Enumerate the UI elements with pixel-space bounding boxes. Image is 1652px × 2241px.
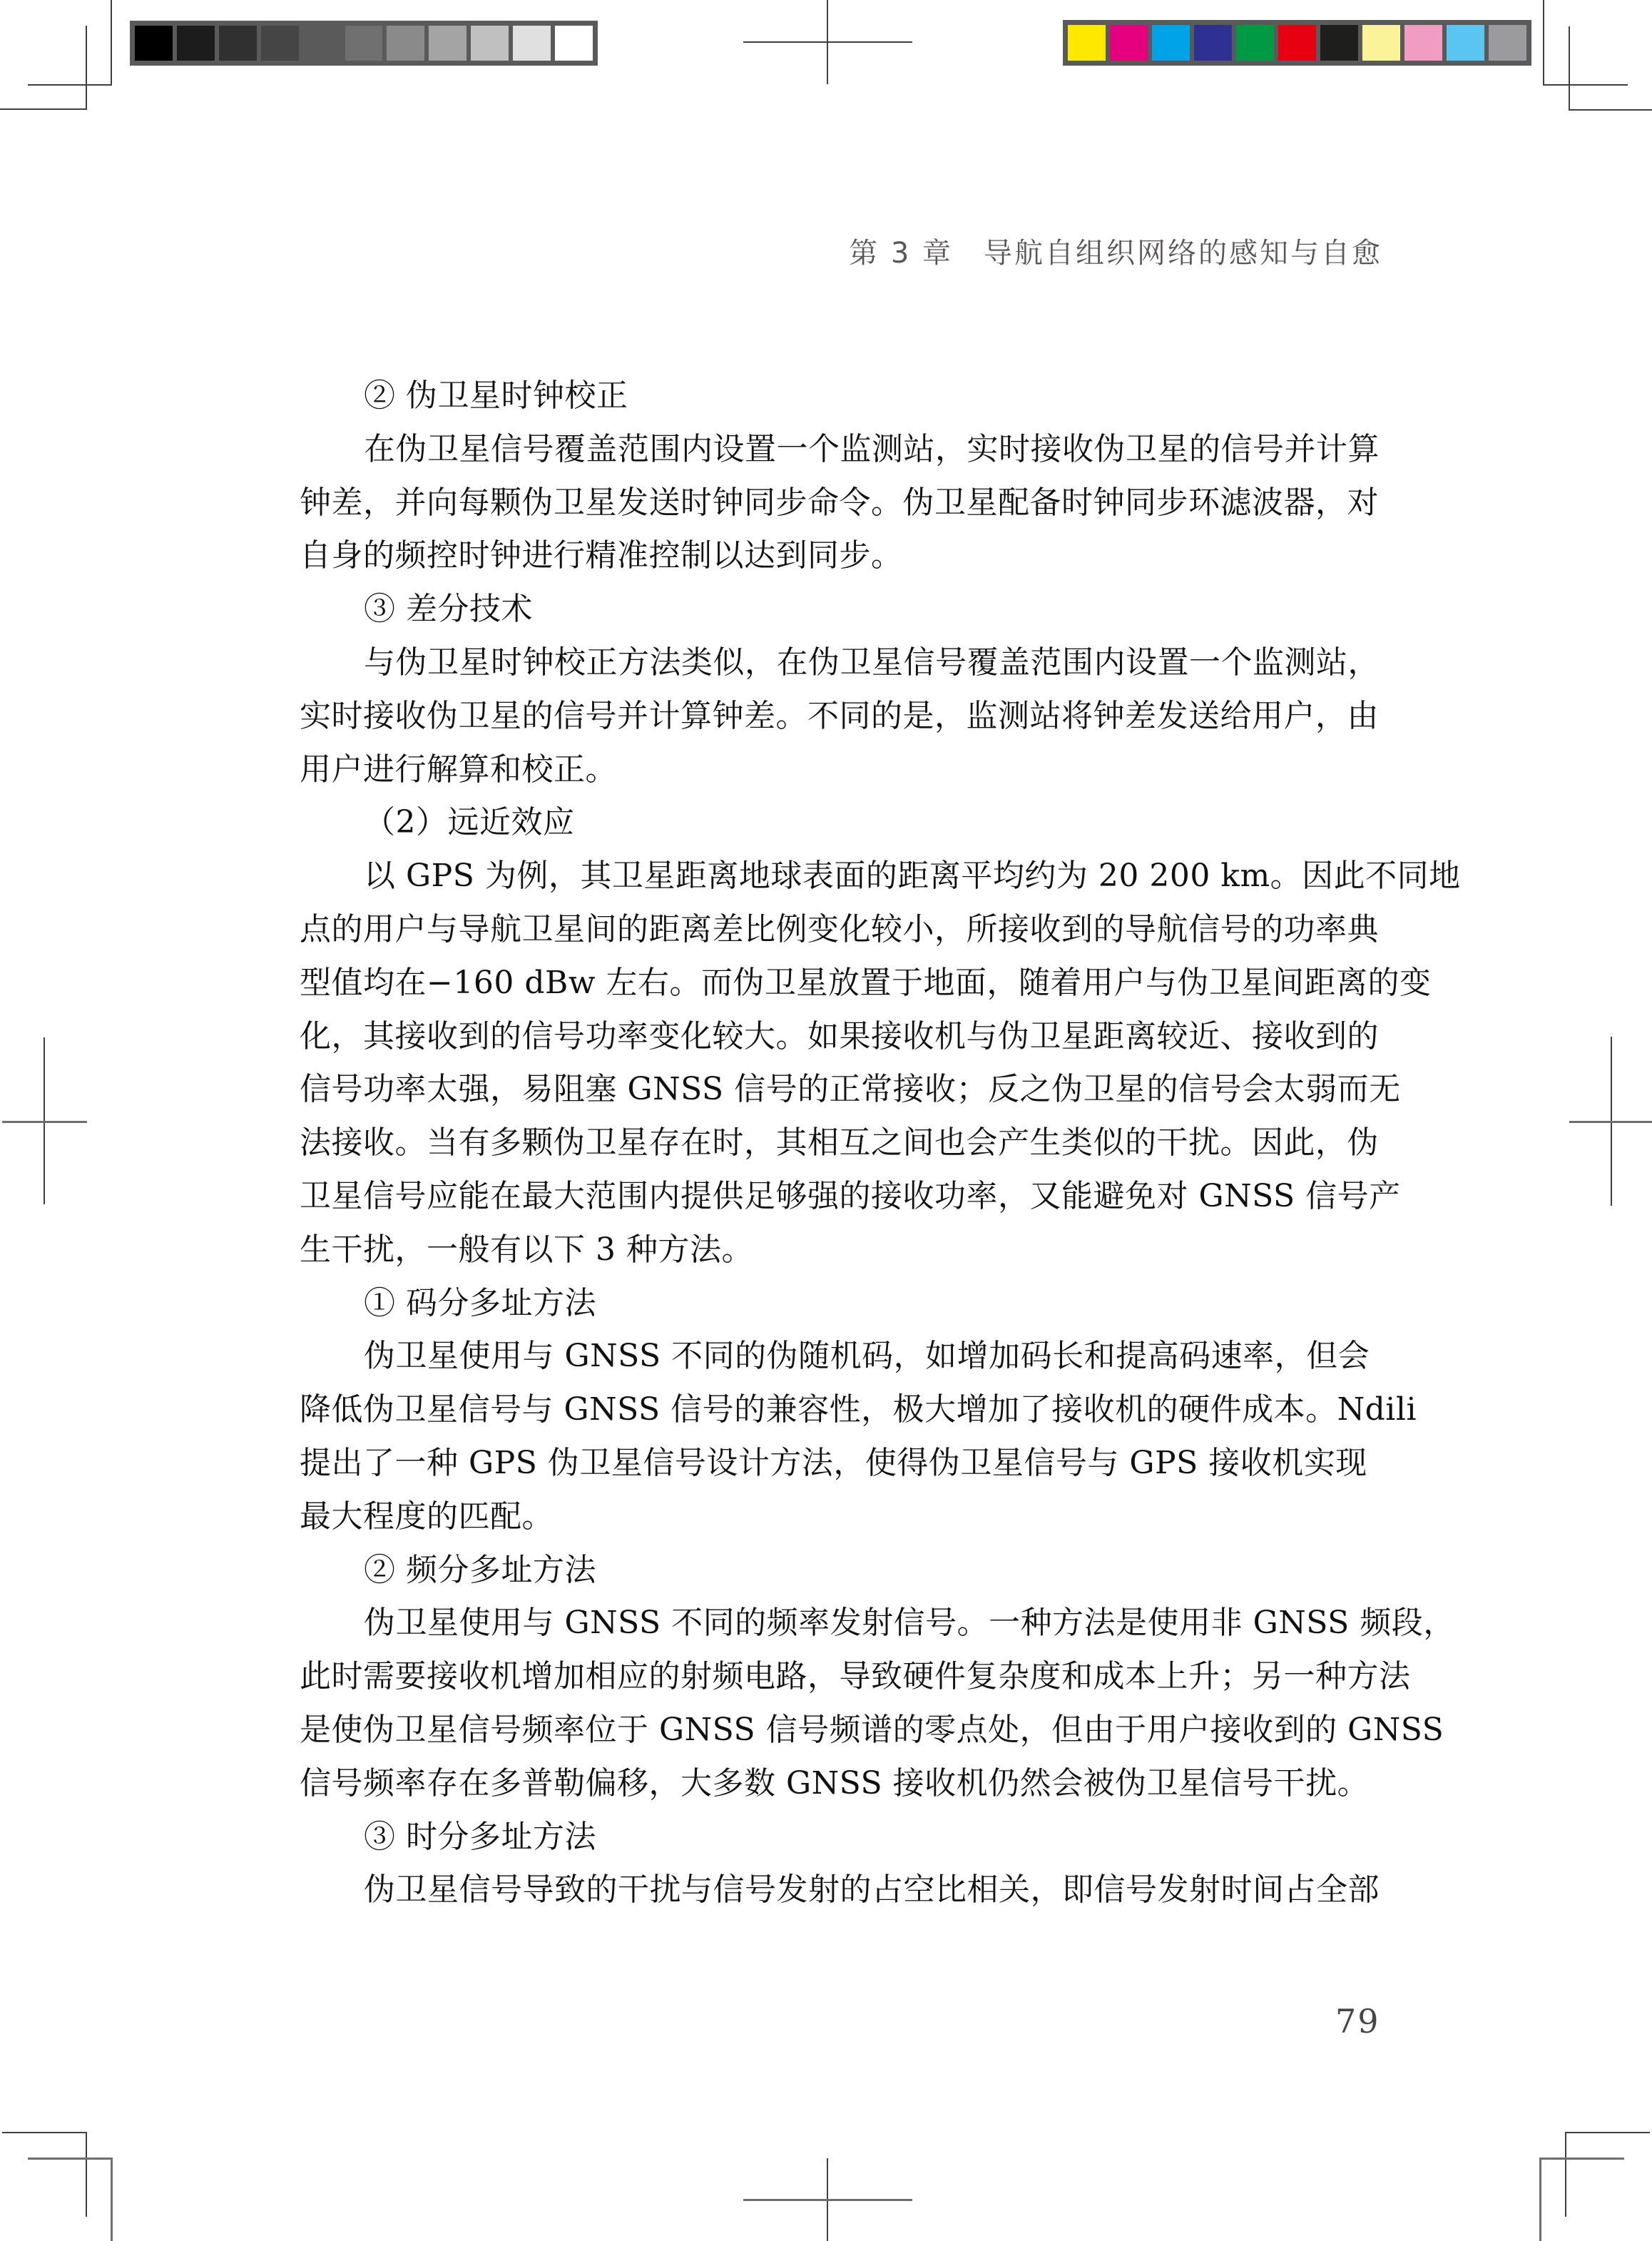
color-swatch <box>219 26 257 61</box>
color-swatch <box>177 26 215 61</box>
color-swatch <box>345 26 383 61</box>
crop-mark-bottom-right-v2 <box>1539 2158 1541 2241</box>
color-swatch <box>513 26 551 61</box>
text-line: 在伪卫星信号覆盖范围内设置一个监测站，实时接收伪卫星的信号并计算 <box>300 423 1398 477</box>
crop-mark-top-right-h1 <box>1543 84 1628 86</box>
text-line: 自身的频控时钟进行精准控制以达到同步。 <box>300 529 1398 583</box>
color-swatch <box>1362 25 1400 61</box>
registration-mark-bottom-h <box>743 2199 912 2201</box>
color-swatch <box>555 26 593 61</box>
text-line: 以 GPS 为例，其卫星距离地球表面的距离平均约为 20 200 km。因此不同… <box>300 850 1398 903</box>
text-line: ② 伪卫星时钟校正 <box>300 370 1398 423</box>
text-line: 信号频率存在多普勒偏移，大多数 GNSS 接收机仍然会被伪卫星信号干扰。 <box>300 1757 1398 1811</box>
color-swatch <box>1278 25 1316 61</box>
grayscale-calibration-bar <box>130 21 598 66</box>
crop-mark-bottom-right-h2 <box>1540 2158 1624 2160</box>
crop-mark-top-right-v2 <box>1569 26 1570 111</box>
text-line: ① 码分多址方法 <box>300 1277 1398 1331</box>
color-swatch <box>261 26 299 61</box>
text-line: 降低伪卫星信号与 GNSS 信号的兼容性，极大增加了接收机的硬件成本。Ndili <box>300 1383 1398 1437</box>
text-line: ③ 时分多址方法 <box>300 1811 1398 1864</box>
text-line: 点的用户与导航卫星间的距离差比例变化较小，所接收到的导航信号的功率典 <box>300 903 1398 957</box>
text-line: 信号功率太强，易阻塞 GNSS 信号的正常接收；反之伪卫星的信号会太弱而无 <box>300 1063 1398 1117</box>
crop-mark-bottom-right-h1 <box>1566 2132 1650 2133</box>
text-line: 用户进行解算和校正。 <box>300 743 1398 797</box>
text-line: 提出了一种 GPS 伪卫星信号设计方法，使得伪卫星信号与 GPS 接收机实现 <box>300 1437 1398 1490</box>
text-line: 生干扰，一般有以下 3 种方法。 <box>300 1224 1398 1277</box>
crop-mark-bottom-left-v2 <box>111 2158 113 2241</box>
text-line: 此时需要接收机增加相应的射频电路，导致硬件复杂度和成本上升；另一种方法 <box>300 1650 1398 1704</box>
color-swatch <box>1236 25 1274 61</box>
color-swatch <box>1320 25 1358 61</box>
color-swatch <box>471 26 509 61</box>
text-line: 最大程度的匹配。 <box>300 1490 1398 1544</box>
crop-mark-top-left-v1 <box>111 0 112 86</box>
page-number: 79 <box>1335 2002 1380 2041</box>
text-line: 伪卫星信号导致的干扰与信号发射的占空比相关，即信号发射时间占全部 <box>300 1864 1398 1917</box>
crop-mark-bottom-left-h1 <box>2 2132 86 2133</box>
color-swatch <box>1110 25 1148 61</box>
chapter-header: 第 3 章 导航自组织网络的感知与自愈 <box>300 230 1382 271</box>
text-line: ③ 差分技术 <box>300 583 1398 636</box>
text-line: ② 频分多址方法 <box>300 1544 1398 1597</box>
book-page: 第 3 章 导航自组织网络的感知与自愈 ② 伪卫星时钟校正在伪卫星信号覆盖范围内… <box>0 0 1652 2241</box>
text-line: 伪卫星使用与 GNSS 不同的伪随机码，如增加码长和提高码速率，但会 <box>300 1330 1398 1383</box>
text-line: 化，其接收到的信号功率变化较大。如果接收机与伪卫星距离较近、接收到的 <box>300 1010 1398 1064</box>
crop-mark-bottom-right-v1 <box>1565 2132 1566 2217</box>
text-line: 法接收。当有多颗伪卫星存在时，其相互之间也会产生类似的干扰。因此，伪 <box>300 1117 1398 1170</box>
text-line: 钟差，并向每颗伪卫星发送时钟同步命令。伪卫星配备时钟同步环滤波器，对 <box>300 477 1398 530</box>
crop-mark-bottom-left-h2 <box>28 2158 112 2160</box>
crop-mark-top-left-h2 <box>0 108 87 110</box>
registration-mark-top-h <box>743 41 912 43</box>
color-calibration-bar <box>1063 20 1531 66</box>
body-text: ② 伪卫星时钟校正在伪卫星信号覆盖范围内设置一个监测站，实时接收伪卫星的信号并计… <box>300 370 1398 1917</box>
registration-mark-right-h <box>1569 1121 1652 1123</box>
text-line: 伪卫星使用与 GNSS 不同的频率发射信号。一种方法是使用非 GNSS 频段， <box>300 1597 1398 1650</box>
color-swatch <box>1152 25 1190 61</box>
crop-mark-top-left-v2 <box>86 26 87 110</box>
crop-mark-top-right-v1 <box>1543 0 1544 85</box>
color-swatch <box>387 26 424 61</box>
text-line: 与伪卫星时钟校正方法类似，在伪卫星信号覆盖范围内设置一个监测站， <box>300 636 1398 690</box>
text-line: 卫星信号应能在最大范围内提供足够强的接收功率，又能避免对 GNSS 信号产 <box>300 1170 1398 1224</box>
registration-mark-left-h <box>2 1121 87 1123</box>
color-swatch <box>1194 25 1232 61</box>
crop-mark-bottom-left-v1 <box>86 2132 87 2217</box>
color-swatch <box>1404 25 1442 61</box>
crop-mark-top-right-h2 <box>1569 109 1652 111</box>
color-swatch <box>303 26 341 61</box>
color-swatch <box>1489 25 1526 61</box>
color-swatch <box>1068 25 1106 61</box>
color-swatch <box>429 26 466 61</box>
text-line: 实时接收伪卫星的信号并计算钟差。不同的是，监测站将钟差发送给用户，由 <box>300 690 1398 743</box>
text-line: 是使伪卫星信号频率位于 GNSS 信号频谱的零点处，但由于用户接收到的 GNSS <box>300 1704 1398 1757</box>
color-swatch <box>1447 25 1484 61</box>
color-swatch <box>135 26 173 61</box>
crop-mark-top-left-h1 <box>28 84 112 86</box>
text-line: 型值均在−160 dBw 左右。而伪卫星放置于地面，随着用户与伪卫星间距离的变 <box>300 957 1398 1010</box>
text-line: （2）远近效应 <box>300 796 1398 850</box>
